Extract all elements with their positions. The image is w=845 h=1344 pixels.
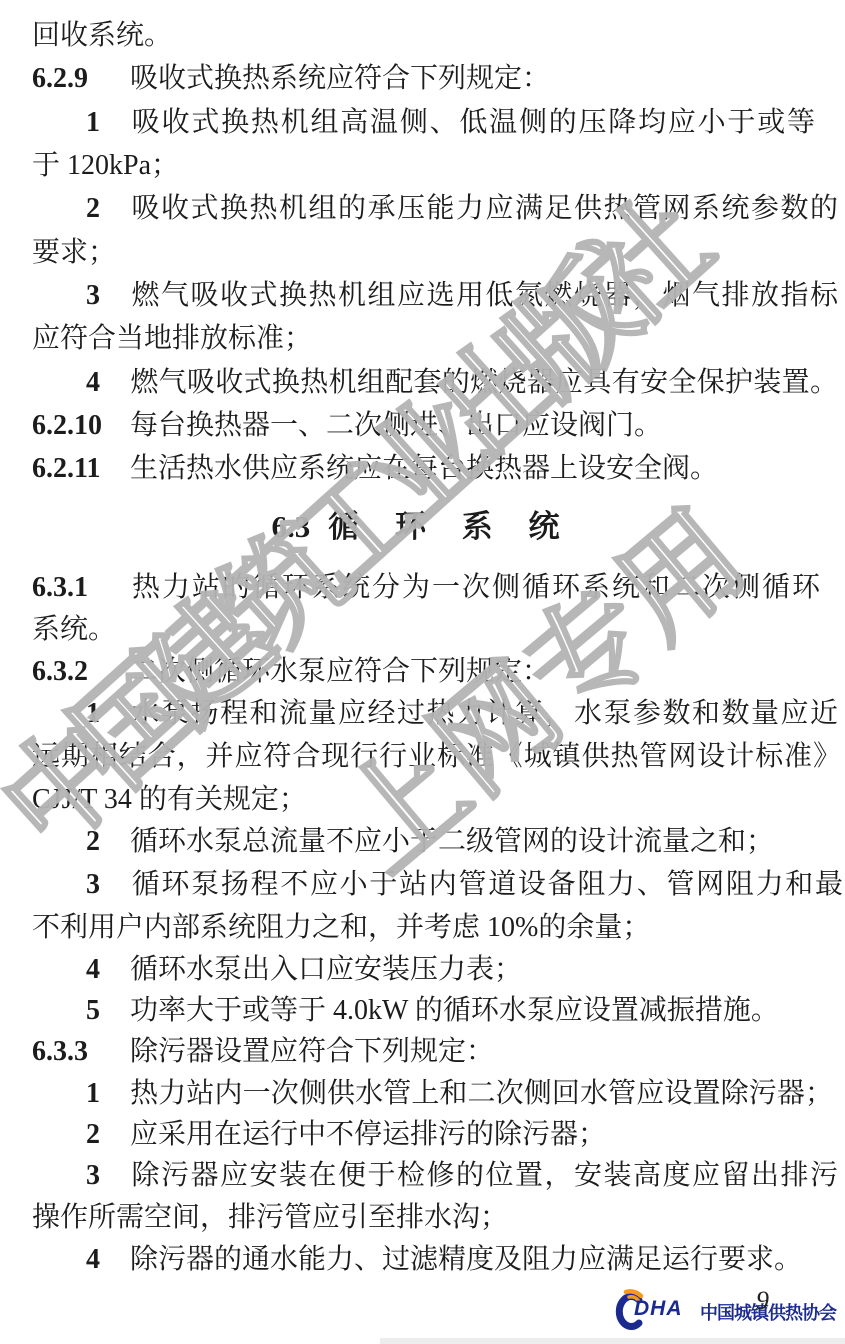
item-line: 4循环水泵出入口应安装压力表； <box>86 952 522 992</box>
item-line: 2应采用在运行中不停运排污的除污器； <box>86 1117 606 1157</box>
item-number: 3 <box>86 278 130 314</box>
clause-6-3-1: 6.3.1热力站的循环系统分为一次侧循环系统和二次侧循环 <box>32 570 820 610</box>
page-number: 9 <box>756 1286 769 1316</box>
logo-acronym: DHA <box>634 1297 683 1321</box>
item-line: 1水泵扬程和流量应经过热力计算，水泵参数和数量应近 <box>86 696 838 736</box>
clause-6-3-2: 6.3.2二次侧循环水泵应符合下列规定： <box>32 654 550 694</box>
section-title: 循 环 系 统 <box>328 509 573 544</box>
section-heading: 6.3循 环 系 统 <box>0 501 845 541</box>
clause-number: 6.2.11 <box>32 451 130 487</box>
item-number: 4 <box>86 952 130 988</box>
item-number: 3 <box>86 867 130 903</box>
item-number: 1 <box>86 1076 130 1112</box>
clause-number: 6.2.10 <box>32 408 130 444</box>
item-number: 2 <box>86 191 130 227</box>
item-number: 4 <box>86 365 130 401</box>
clause-number: 6.3.3 <box>32 1034 130 1070</box>
text-line: 系统。 <box>32 612 116 652</box>
item-line: 1热力站内一次侧供水管上和二次侧回水管应设置除污器； <box>86 1076 833 1116</box>
text-line: 回收系统。 <box>32 18 172 58</box>
item-number: 3 <box>86 1158 130 1194</box>
item-number: 1 <box>86 696 130 732</box>
text-line: 不利用户内部系统阻力之和，并考虑 10%的余量； <box>32 910 650 950</box>
item-line: 4燃气吸收式换热机组配套的燃烧器应具有安全保护装置。 <box>86 365 838 405</box>
item-number: 4 <box>86 1242 130 1278</box>
item-line: 3除污器应安装在便于检修的位置，安装高度应留出排污 <box>86 1158 838 1198</box>
item-number: 1 <box>86 105 130 141</box>
item-line: 1吸收式换热机组高温侧、低温侧的压降均应小于或等 <box>86 105 815 145</box>
item-line: 5功率大于或等于 4.0kW 的循环水泵应设置减振措施。 <box>86 993 779 1033</box>
item-number: 2 <box>86 824 130 860</box>
clause-6-2-10: 6.2.10每台换热器一、二次侧进、出口应设阀门。 <box>32 408 662 448</box>
text-line: CJJ/T 34 的有关规定； <box>32 782 307 822</box>
text-line: 远期相结合，并应符合现行行业标准《城镇供热管网设计标准》 <box>32 739 841 779</box>
item-number: 2 <box>86 1117 130 1153</box>
clause-6-3-3: 6.3.3除污器设置应符合下列规定： <box>32 1034 494 1074</box>
item-line: 2循环水泵总流量不应小于二级管网的设计流量之和； <box>86 824 774 864</box>
item-number: 5 <box>86 993 130 1029</box>
text-line: 应符合当地排放标准； <box>32 321 312 361</box>
clause-6-2-9: 6.2.9吸收式换热系统应符合下列规定： <box>32 61 550 101</box>
item-line: 2吸收式换热机组的承压能力应满足供热管网系统参数的 <box>86 191 838 231</box>
clause-number: 6.3.2 <box>32 654 130 690</box>
clause-number: 6.3.1 <box>32 570 130 606</box>
document-page: 回收系统。 6.2.9吸收式换热系统应符合下列规定： 1吸收式换热机组高温侧、低… <box>0 0 845 1344</box>
item-line: 3燃气吸收式换热机组应选用低氮燃烧器，烟气排放指标 <box>86 278 838 318</box>
clause-6-2-11: 6.2.11生活热水供应系统应在每台换热器上设安全阀。 <box>32 451 718 491</box>
clause-number: 6.2.9 <box>32 61 130 97</box>
item-line: 3循环泵扬程不应小于站内管道设备阻力、管网阻力和最 <box>86 867 843 907</box>
text-line: 操作所需空间，排污管应引至排水沟； <box>32 1200 508 1240</box>
text-line: 要求； <box>32 235 116 275</box>
association-logo: DHA 中国城镇供热协会 <box>610 1283 838 1335</box>
section-number: 6.3 <box>272 509 311 544</box>
text-line: 于 120kPa； <box>32 148 179 188</box>
item-line: 4除污器的通水能力、过滤精度及阻力应满足运行要求。 <box>86 1242 802 1282</box>
scan-artifact <box>380 1338 845 1344</box>
